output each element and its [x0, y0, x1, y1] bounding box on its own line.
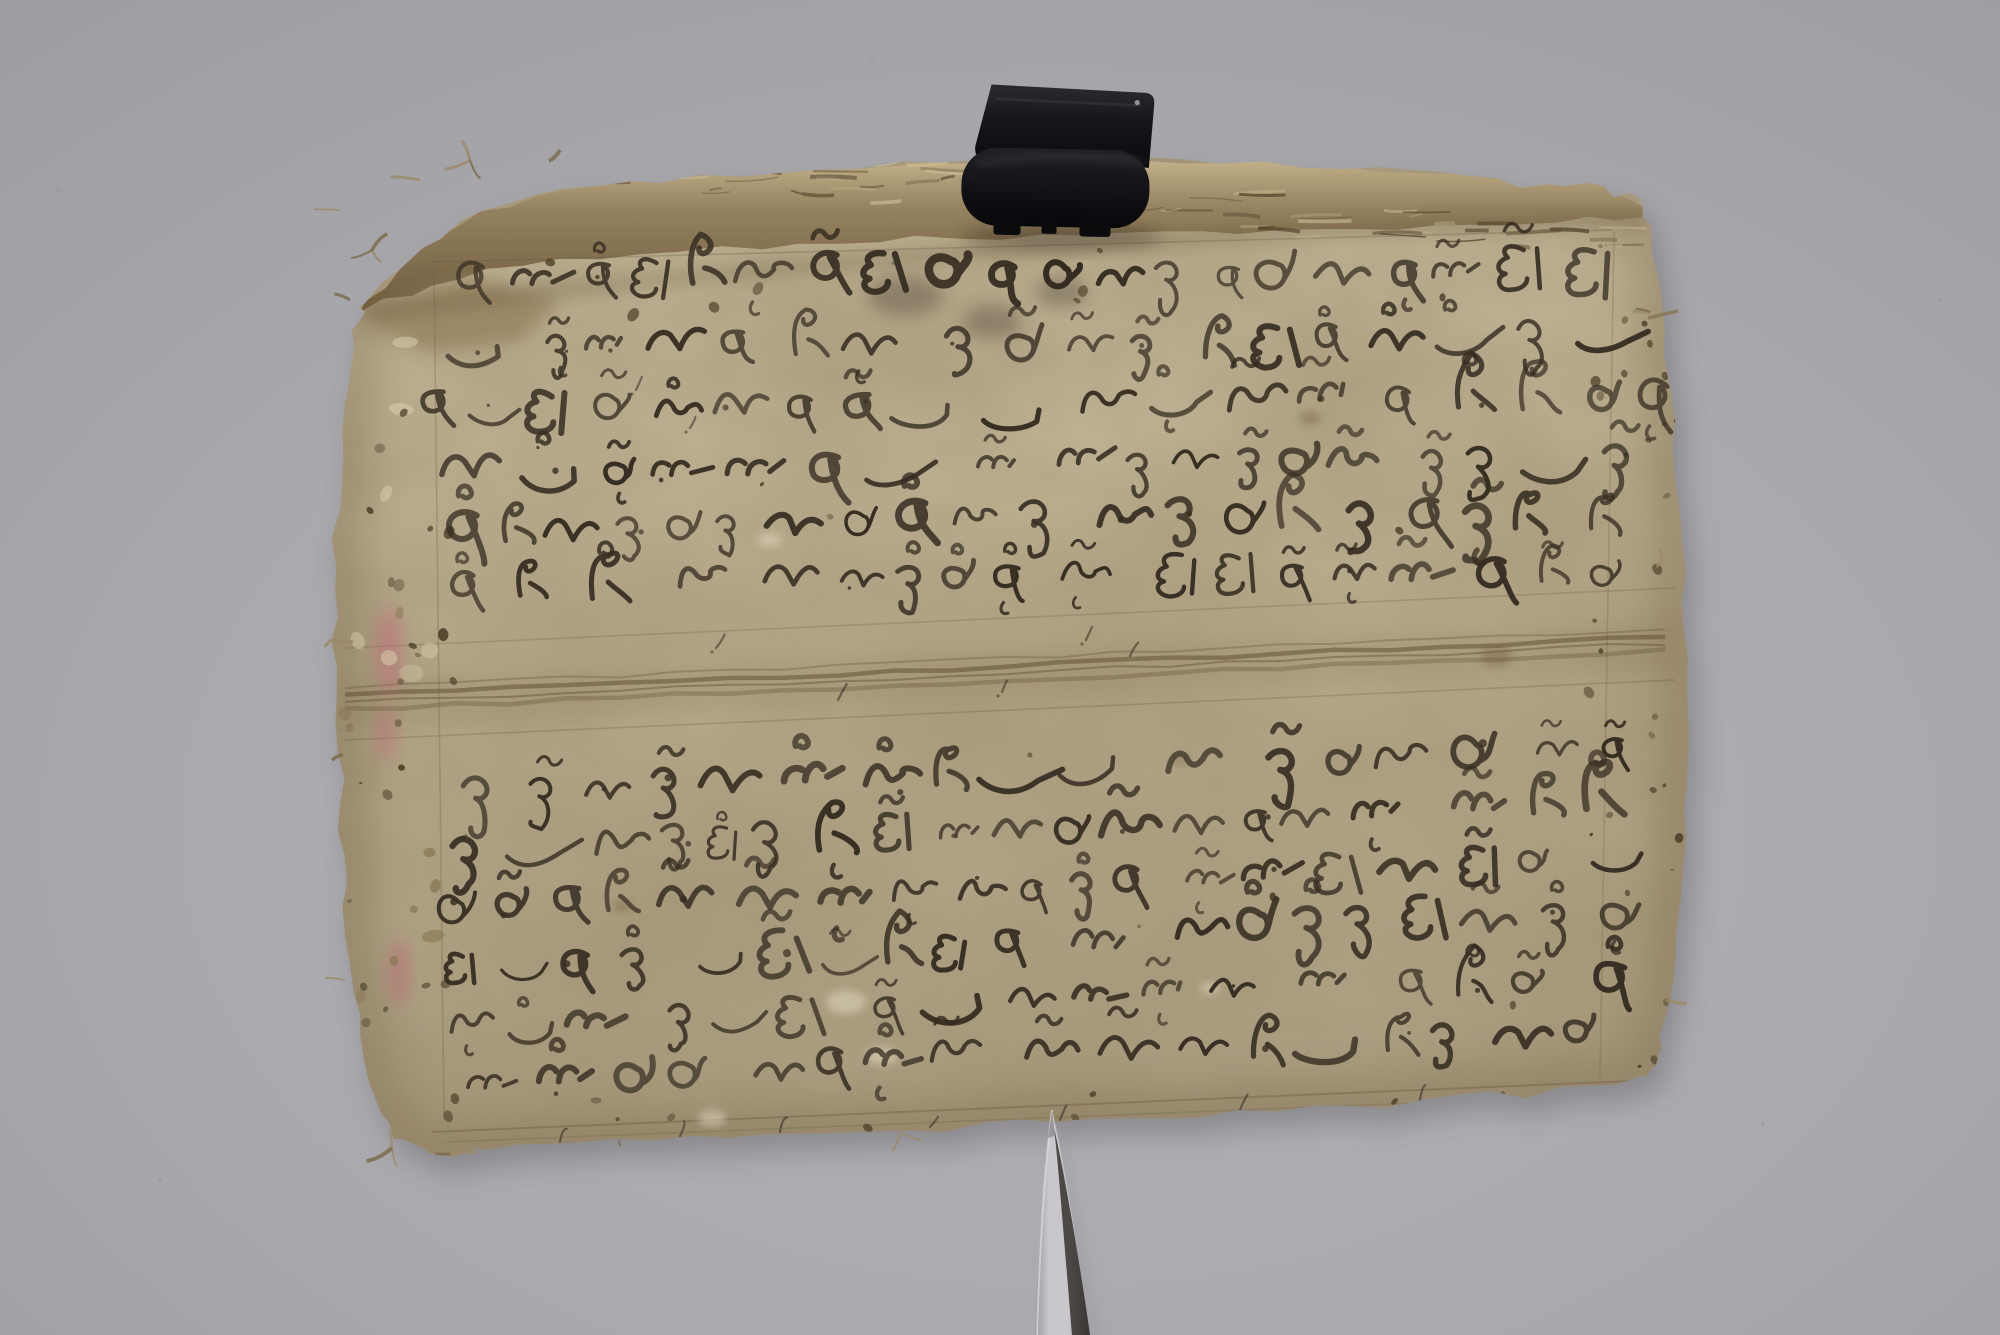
clip-foot: [1041, 222, 1056, 234]
clip-shadow: [962, 224, 1162, 250]
clip-foot: [993, 218, 1020, 236]
photo-scene: [0, 0, 2000, 1335]
manuscript-photograph: [0, 0, 2000, 1335]
manuscript: [300, 100, 1720, 1180]
clip-foot: [1079, 219, 1110, 237]
